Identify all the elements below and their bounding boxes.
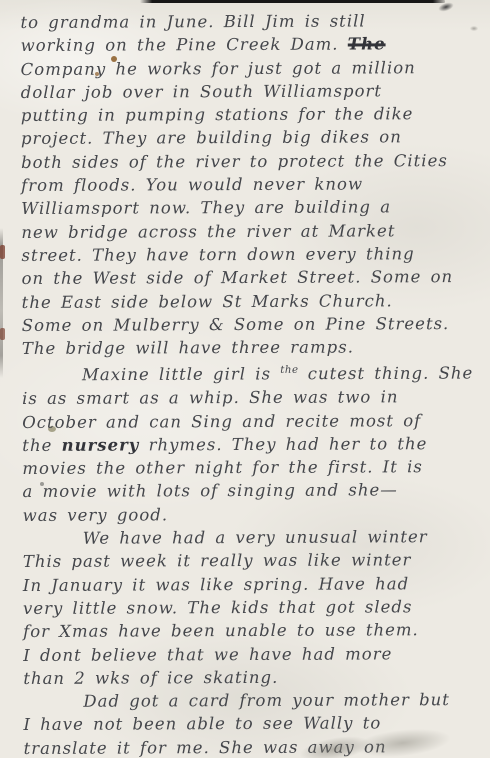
letter-text: October and can Sing and recite most of [22, 411, 421, 432]
letter-text: project. They are building big dikes on [21, 128, 402, 149]
letter-line: October and can Sing and recite most of [22, 409, 482, 434]
letter-line: the nursery rhymes. They had her to the [22, 432, 482, 457]
letter-line: The bridge will have three ramps. [22, 335, 482, 360]
letter-text: rhymes. They had her to the [139, 434, 427, 454]
letter-line: both sides of the river to protect the C… [21, 149, 481, 174]
letter-line: dollar job over in South Williamsport [21, 79, 481, 104]
letter-page: to grandma in June. Bill Jim is stillwor… [0, 0, 490, 758]
letter-text: I have not been able to see Wally to [23, 714, 381, 735]
letter-line: very little snow. The kids that got sled… [23, 595, 483, 620]
letter-body: to grandma in June. Bill Jim is stillwor… [0, 0, 490, 758]
letter-text: Maxine little girl is [82, 365, 280, 385]
letter-text: both sides of the river to protect the C… [21, 151, 448, 172]
letter-text: I dont believe that we have had more [23, 644, 392, 665]
letter-text: movies the other night for the first. It… [22, 457, 423, 478]
letter-text: is as smart as a whip. She was two in [22, 388, 399, 409]
letter-line: working on the Pine Creek Dam. The [20, 32, 480, 57]
letter-text: putting in pumping stations for the dike [21, 104, 414, 125]
letter-line: movies the other night for the first. It… [22, 455, 482, 480]
letter-text: a movie with lots of singing and she— [22, 481, 397, 502]
letter-text: working on the Pine Creek Dam. [21, 35, 348, 55]
letter-text: street. They have torn down every thing [21, 244, 414, 265]
letter-line: to grandma in June. Bill Jim is still [20, 9, 480, 34]
letter-line: a movie with lots of singing and she— [22, 478, 482, 503]
letter-text: Dad got a card from your mother but [83, 690, 450, 711]
letter-text: very little snow. The kids that got sled… [23, 597, 412, 618]
letter-text: Company he works for just got a million [21, 58, 416, 79]
letter-line: We have had a very unusual winter [23, 525, 483, 550]
letter-text: for Xmas have been unable to use them. [23, 620, 419, 641]
letter-text: cutest thing. She [298, 364, 473, 384]
letter-line: than 2 wks of ice skating. [23, 665, 483, 690]
letter-text: Some on Mulberry & Some on Pine Streets. [22, 314, 450, 335]
letter-line: was very good. [23, 502, 483, 527]
struck-word: The [348, 35, 386, 54]
letter-line: on the West side of Market Street. Some … [22, 265, 482, 290]
letter-line: putting in pumping stations for the dike [21, 102, 481, 127]
letter-text: dollar job over in South Williamsport [21, 81, 382, 102]
letter-text: Williamsport now. They are building a [21, 198, 391, 219]
letter-line: Maxine little girl is the cutest thing. … [22, 358, 482, 387]
letter-text: was very good. [23, 505, 169, 525]
letter-line: In January it was like spring. Have had [23, 572, 483, 597]
letter-line: I dont believe that we have had more [23, 641, 483, 666]
letter-line: is as smart as a whip. She was two in [22, 385, 482, 410]
inserted-word: the [280, 365, 298, 376]
letter-text: on the West side of Market Street. Some … [22, 267, 454, 288]
letter-line: Dad got a card from your mother but [23, 688, 483, 713]
letter-text: than 2 wks of ice skating. [23, 668, 278, 688]
letter-text: new bridge across the river at Market [21, 221, 395, 242]
letter-text: In January it was like spring. Have had [23, 574, 409, 595]
overwritten-word: nursery [62, 435, 140, 454]
letter-line: Company he works for just got a million [21, 56, 481, 81]
letter-text: The bridge will have three ramps. [22, 338, 354, 358]
letter-text: We have had a very unusual winter [83, 527, 428, 548]
letter-line: Some on Mulberry & Some on Pine Streets. [22, 312, 482, 337]
letter-line: project. They are building big dikes on [21, 125, 481, 150]
letter-line: Williamsport now. They are building a [21, 195, 481, 220]
letter-line: the East side below St Marks Church. [22, 289, 482, 314]
letter-text: to grandma in June. Bill Jim is still [20, 11, 365, 32]
letter-text: This past week it really was like winter [23, 551, 412, 572]
letter-line: street. They have torn down every thing [21, 242, 481, 267]
letter-text: from floods. You would never know [21, 175, 363, 195]
letter-text: the [22, 436, 61, 455]
letter-line: new bridge across the river at Market [21, 219, 481, 244]
letter-line: for Xmas have been unable to use them. [23, 618, 483, 643]
letter-line: from floods. You would never know [21, 172, 481, 197]
letter-text: the East side below St Marks Church. [22, 291, 393, 312]
letter-line: This past week it really was like winter [23, 548, 483, 573]
